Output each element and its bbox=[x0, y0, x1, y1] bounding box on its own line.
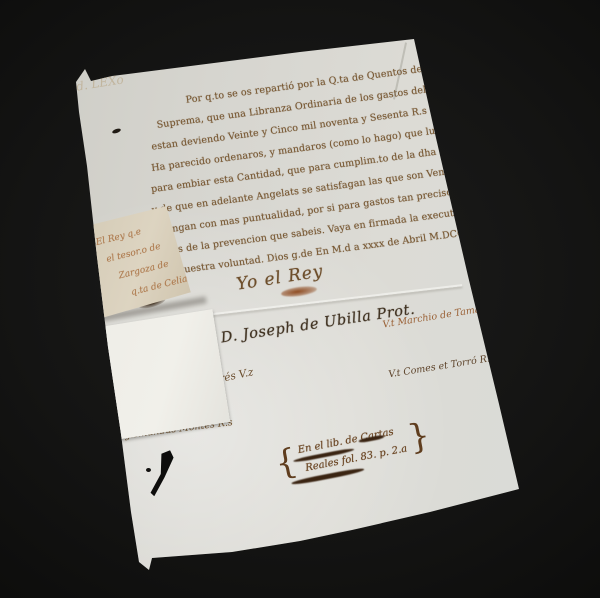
ink-blot bbox=[146, 448, 174, 499]
ink-blot-dot bbox=[146, 468, 151, 472]
blank-patch bbox=[92, 309, 230, 441]
vidit-comes-torro-signature: V.t Comes et Torró R.s bbox=[388, 353, 496, 381]
corner-inscription: d. LEXo bbox=[75, 72, 124, 93]
manuscript-paper: d. LEXo Por q.to se os repartió por la Q… bbox=[0, 0, 600, 598]
brace-right-glyph: } bbox=[405, 418, 433, 456]
brace-left-glyph: { bbox=[272, 444, 300, 482]
registry-note: { En el lib. de Cartas Reales fol. 83. p… bbox=[272, 416, 433, 483]
photo-backdrop: d. LEXo Por q.to se os repartió por la Q… bbox=[0, 0, 600, 598]
